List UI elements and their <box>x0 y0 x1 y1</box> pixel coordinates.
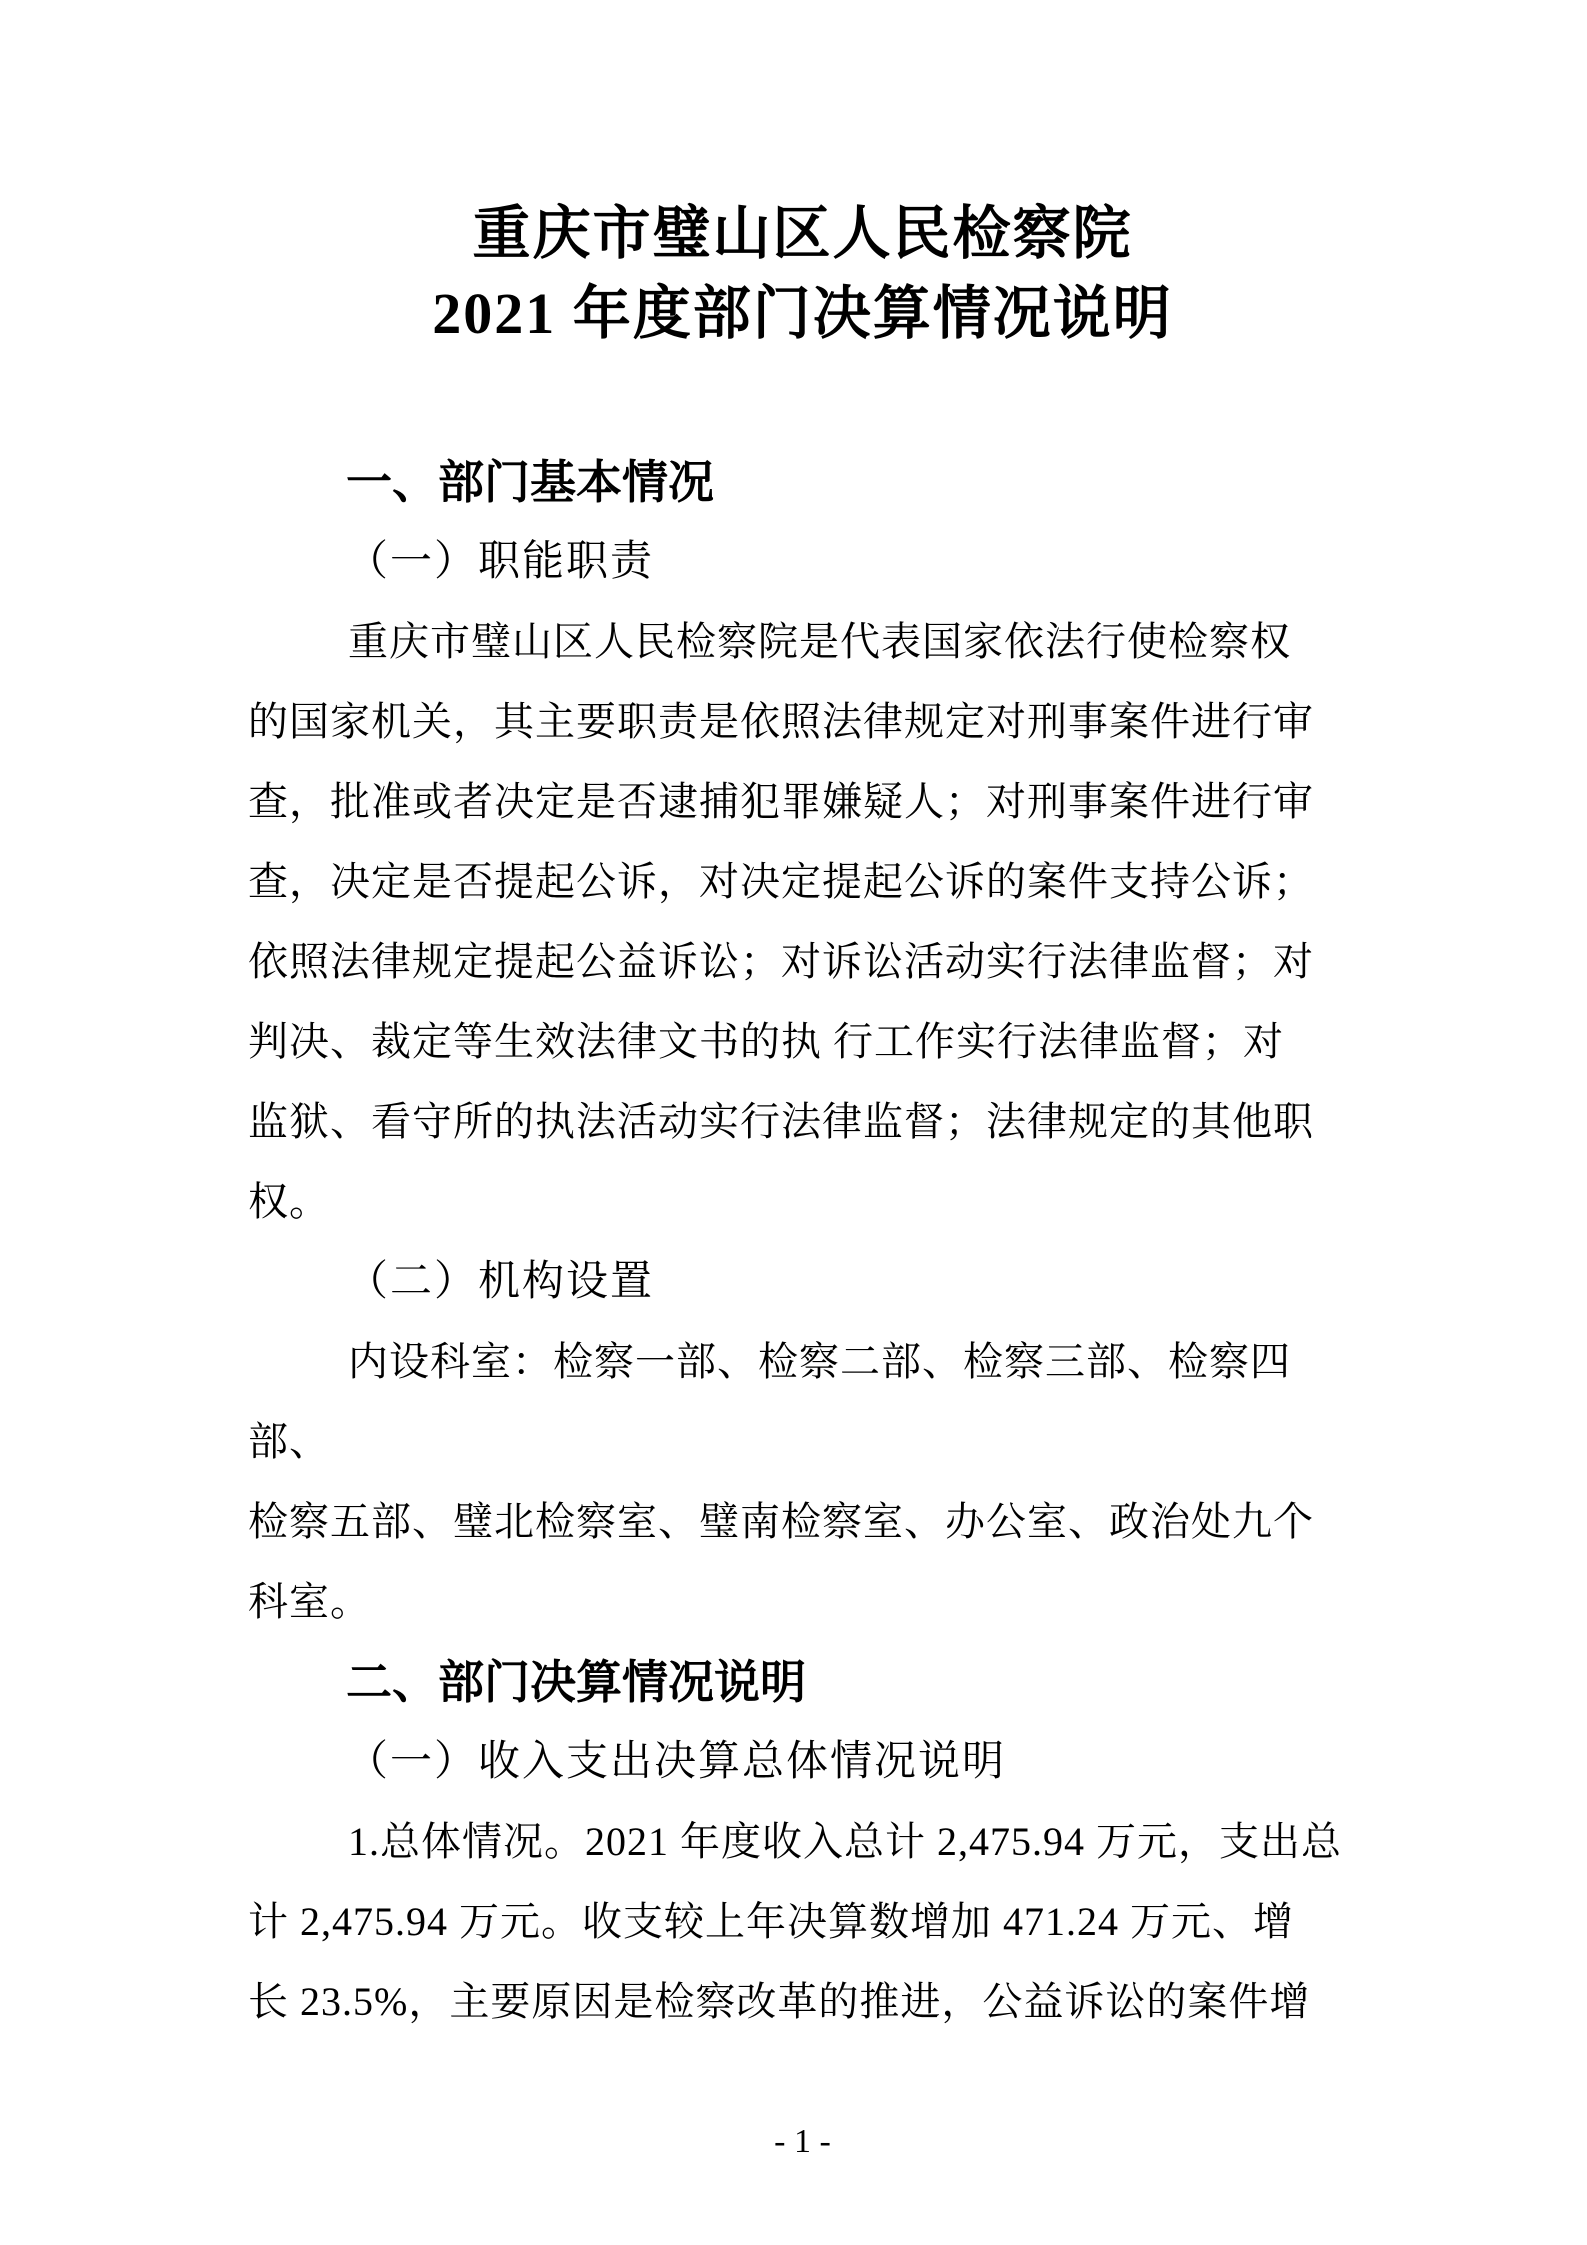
subsection-heading-structure: （二）机构设置 <box>248 1242 1357 1322</box>
paragraph-duties: 重庆市璧山区人民检察院是代表国家依法行使检察权 的国家机关，其主要职责是依照法律… <box>248 602 1357 1242</box>
paragraph-structure: 内设科室：检察一部、检察二部、检察三部、检察四部、 检察五部、璧北检察室、璧南检… <box>248 1322 1357 1642</box>
subsection-heading-duties: （一）职能职责 <box>248 522 1357 602</box>
document-page: 重庆市璧山区人民检察院 2021 年度部门决算情况说明 一、部门基本情况 （一）… <box>0 0 1587 2245</box>
subsection-heading-income-expense-overview: （一）收入支出决算总体情况说明 <box>248 1722 1357 1802</box>
document-title-line2: 2021 年度部门决算情况说明 <box>248 274 1357 354</box>
document-title: 重庆市璧山区人民检察院 2021 年度部门决算情况说明 <box>248 194 1357 354</box>
page-number: - 1 - <box>248 2122 1357 2162</box>
paragraph-income-expense-overview: 1.总体情况。2021 年度收入总计 2,475.94 万元，支出总 计 2,4… <box>248 1802 1357 2042</box>
document-title-line1: 重庆市璧山区人民检察院 <box>248 194 1357 274</box>
section-heading-basic-info: 一、部门基本情况 <box>248 442 1357 522</box>
page-content: 重庆市璧山区人民检察院 2021 年度部门决算情况说明 一、部门基本情况 （一）… <box>0 194 1587 2162</box>
section-heading-budget-statement: 二、部门决算情况说明 <box>248 1642 1357 1722</box>
